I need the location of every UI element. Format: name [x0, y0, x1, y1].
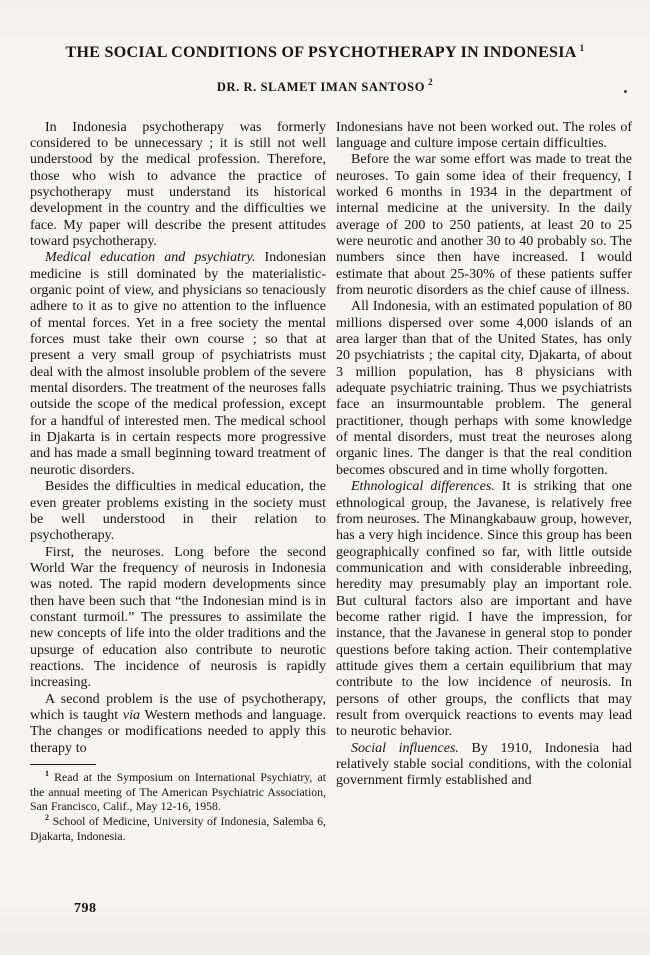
- author-footnote-marker: 2: [428, 77, 433, 87]
- paragraph-medical-education: Medical education and psychiatry. Indone…: [30, 250, 326, 479]
- footnote-2: 2 School of Medicine, University of Indo…: [30, 814, 326, 843]
- right-column: Indonesians have not been worked out. Th…: [336, 120, 632, 844]
- page-number: 798: [74, 901, 97, 917]
- paragraph-ethnological-differences: Ethnological differences. It is striking…: [336, 479, 632, 741]
- paragraph-ethnological-differences-text: It is striking that one ethnological gro…: [336, 479, 632, 739]
- paragraph-intro: In Indonesia psychotherapy was formerly …: [30, 120, 326, 251]
- left-column: In Indonesia psychotherapy was formerly …: [30, 120, 326, 844]
- two-column-body: In Indonesia psychotherapy was formerly …: [30, 120, 632, 844]
- author-line: DR. R. SLAMET IMAN SANTOSO2: [0, 80, 650, 95]
- paragraph-besides-difficulties: Besides the difficulties in medical educ…: [30, 479, 326, 544]
- footnote-block: 1 Read at the Symposium on International…: [30, 764, 326, 844]
- paragraph-continuation: Indonesians have not been worked out. Th…: [336, 120, 632, 153]
- author-name: DR. R. SLAMET IMAN SANTOSO: [217, 80, 425, 94]
- section-heading-social-influences: Social influences.: [351, 741, 459, 756]
- journal-page: { "page": { "title": "THE SOCIAL CONDITI…: [0, 0, 650, 955]
- title-footnote-marker: 1: [580, 43, 585, 53]
- paragraph-before-the-war: Before the war some effort was made to t…: [336, 152, 632, 299]
- page-title: THE SOCIAL CONDITIONS OF PSYCHOTHERAPY I…: [0, 0, 650, 62]
- footnote-divider-rule: [30, 764, 96, 765]
- paragraph-social-influences: Social influences. By 1910, Indonesia ha…: [336, 741, 632, 790]
- paragraph-first-neuroses: First, the neuroses. Long before the sec…: [30, 545, 326, 692]
- footnote-2-text: School of Medicine, University of Indone…: [30, 814, 326, 843]
- section-heading-ethnological-differences: Ethnological differences.: [351, 479, 495, 494]
- page-title-text: THE SOCIAL CONDITIONS OF PSYCHOTHERAPY I…: [66, 44, 577, 61]
- italic-word-via: via: [123, 708, 140, 723]
- footnote-1-text: Read at the Symposium on International P…: [30, 770, 326, 813]
- ink-speck: [624, 90, 627, 93]
- section-heading-medical-education: Medical education and psychiatry.: [45, 250, 255, 265]
- paragraph-second-problem: A second problem is the use of psychothe…: [30, 692, 326, 757]
- footnote-1: 1 Read at the Symposium on International…: [30, 770, 326, 814]
- paragraph-all-indonesia: All Indonesia, with an estimated populat…: [336, 299, 632, 479]
- paragraph-medical-education-text: Indonesian medicine is still dominated b…: [30, 250, 326, 477]
